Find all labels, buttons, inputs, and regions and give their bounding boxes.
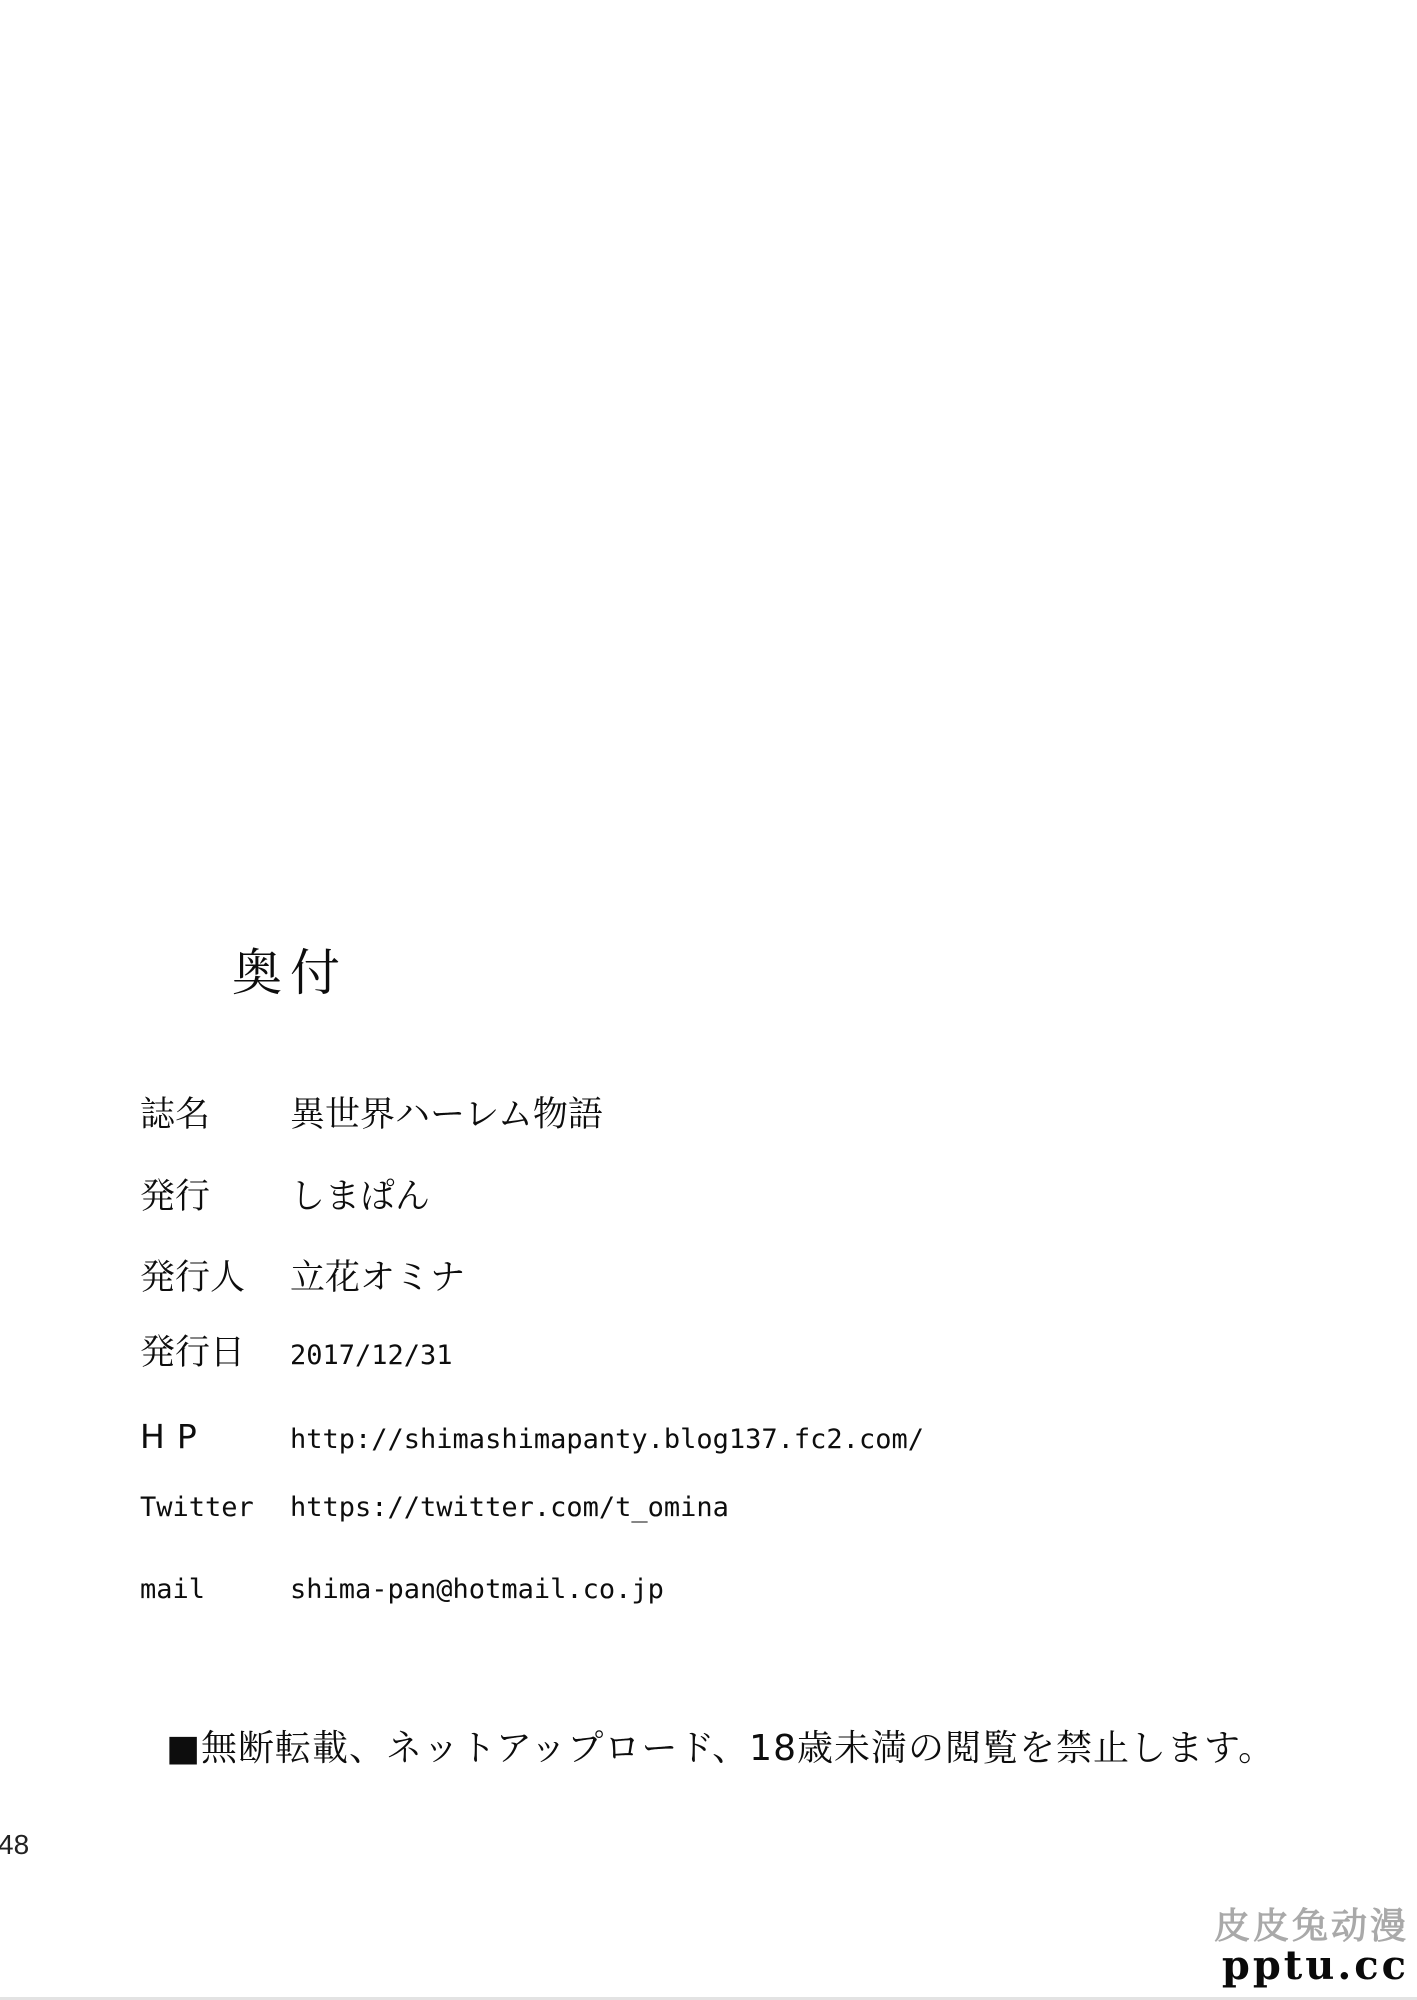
field-value: 立花オミナ (290, 1258, 465, 1298)
field-label: 発行 (140, 1180, 290, 1215)
field-label: 発行日 (140, 1336, 290, 1371)
reproduction-notice: ■無断転載、ネットアップロード、18歳未満の閲覧を禁止します。 (166, 1727, 1275, 1770)
page-title: 奥付 (232, 946, 348, 1001)
field-label: HP (140, 1420, 290, 1453)
colophon-field-row: 誌名異世界ハーレム物語 (140, 1098, 603, 1133)
field-value: しまぱん (290, 1177, 430, 1217)
field-value: http://shimashimapanty.blog137.fc2.com/ (290, 1424, 924, 1455)
watermark-site-name: 皮皮兔动漫 (1214, 1908, 1409, 1944)
colophon-field-row: mailshima-pan@hotmail.co.jp (140, 1576, 664, 1603)
field-value: 異世界ハーレム物語 (290, 1095, 603, 1135)
field-label: 発行人 (140, 1261, 290, 1296)
watermark: 皮皮兔动漫 pptu.cc (1214, 1908, 1409, 1986)
colophon-field-row: Twitterhttps://twitter.com/t_omina (140, 1494, 729, 1521)
field-value: shima-pan@hotmail.co.jp (290, 1574, 664, 1605)
watermark-domain: pptu.cc (1214, 1946, 1409, 1986)
colophon-page: 奥付 誌名異世界ハーレム物語発行しまぱん発行人立花オミナ発行日2017/12/3… (0, 0, 1417, 2000)
field-value: https://twitter.com/t_omina (290, 1492, 729, 1523)
field-label: Twitter (140, 1494, 290, 1521)
colophon-field-row: 発行日2017/12/31 (140, 1336, 453, 1371)
colophon-field-row: 発行人立花オミナ (140, 1261, 465, 1296)
page-number: 48 (0, 1829, 29, 1861)
colophon-field-row: 発行しまぱん (140, 1180, 430, 1215)
field-value: 2017/12/31 (290, 1340, 453, 1371)
field-label: 誌名 (140, 1098, 290, 1133)
colophon-field-row: HPhttp://shimashimapanty.blog137.fc2.com… (140, 1420, 924, 1453)
field-label: mail (140, 1576, 290, 1603)
